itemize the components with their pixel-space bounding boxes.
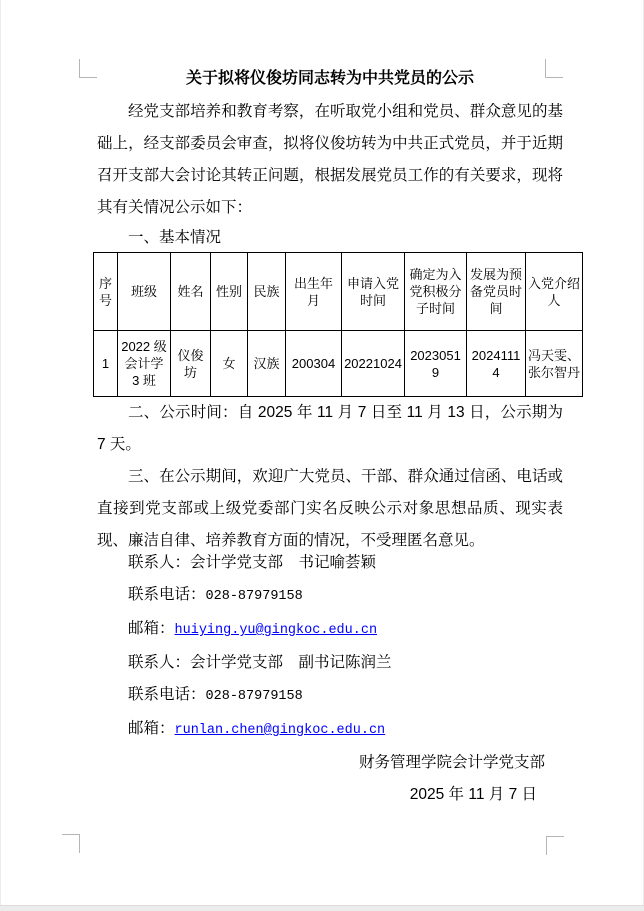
contact-2-person: 联系人：会计学党支部 副书记陈润兰 (97, 647, 563, 679)
crop-mark-bottom-left (62, 834, 80, 853)
cell-apply-date: 20221024 (342, 331, 405, 397)
page-bottom-edge (0, 905, 644, 911)
col-header-birth: 出生年月 (286, 253, 342, 331)
table-row: 1 2022 级会计学 3 班 仪俊坊 女 汉族 200304 20221024… (94, 331, 583, 397)
table-header-row: 序号 班级 姓名 性别 民族 出生年月 申请入党时间 确定为入党积极分子时间 发… (94, 253, 583, 331)
contact-1-phone-number: 028-87979158 (206, 589, 303, 604)
contact-2-phone-number: 028-87979158 (206, 689, 303, 704)
contact-2-email-link[interactable]: runlan.chen@gingkoc.edu.cn (175, 723, 386, 738)
col-header-probationary-date: 发展为预备党员时间 (467, 253, 526, 331)
section-3-paragraph: 三、在公示期间，欢迎广大党员、干部、群众通过信函、电话或直接到党支部或上级党委部… (97, 461, 563, 557)
crop-mark-bottom-right (546, 836, 564, 855)
cell-index: 1 (94, 331, 118, 397)
col-header-apply-date: 申请入党时间 (342, 253, 405, 331)
col-header-introducer: 入党介绍人 (526, 253, 583, 331)
contact-1-phone-label: 联系电话： (128, 586, 206, 603)
basic-info-table: 序号 班级 姓名 性别 民族 出生年月 申请入党时间 确定为入党积极分子时间 发… (93, 252, 583, 397)
contact-1-person: 联系人：会计学党支部 书记喻荟颖 (97, 547, 563, 579)
contact-2-email-line: 邮箱：runlan.chen@gingkoc.edu.cn (97, 713, 563, 747)
document-page: 关于拟将仪俊坊同志转为中共党员的公示 经党支部培养和教育考察，在听取党小组和党员… (0, 0, 644, 911)
cell-probationary-date: 20241114 (467, 331, 526, 397)
contact-block: 联系人：会计学党支部 书记喻荟颖 联系电话：028-87979158 邮箱：hu… (97, 547, 563, 747)
contact-1-email-line: 邮箱：huiying.yu@gingkoc.edu.cn (97, 613, 563, 647)
contact-2-email-label: 邮箱： (128, 720, 175, 737)
signature: 财务管理学院会计学党支部 (97, 747, 563, 779)
cell-ethnicity: 汉族 (248, 331, 286, 397)
intro-paragraph: 经党支部培养和教育考察，在听取党小组和党员、群众意见的基础上，经支部委员会审查，… (97, 96, 563, 224)
contact-2-phone-line: 联系电话：028-87979158 (97, 679, 563, 713)
cell-name: 仪俊坊 (171, 331, 211, 397)
col-header-gender: 性别 (211, 253, 248, 331)
contact-1-phone-line: 联系电话：028-87979158 (97, 579, 563, 613)
cell-activist-date: 20230519 (405, 331, 467, 397)
col-header-class: 班级 (118, 253, 171, 331)
cell-class: 2022 级会计学 3 班 (118, 331, 171, 397)
cell-birth: 200304 (286, 331, 342, 397)
section-2-paragraph: 二、公示时间：自 2025 年 11 月 7 日至 11 月 13 日，公示期为… (97, 397, 563, 461)
col-header-name: 姓名 (171, 253, 211, 331)
crop-mark-top-left (79, 59, 97, 78)
date: 2025 年 11 月 7 日 (97, 779, 563, 811)
contact-2-phone-label: 联系电话： (128, 686, 206, 703)
contact-1-email-link[interactable]: huiying.yu@gingkoc.edu.cn (175, 623, 378, 638)
col-header-activist-date: 确定为入党积极分子时间 (405, 253, 467, 331)
cell-introducer: 冯天雯、张尔智丹 (526, 331, 583, 397)
col-header-ethnicity: 民族 (248, 253, 286, 331)
document-title: 关于拟将仪俊坊同志转为中共党员的公示 (97, 64, 563, 94)
cell-gender: 女 (211, 331, 248, 397)
contact-1-email-label: 邮箱： (128, 620, 175, 637)
section-1-heading: 一、基本情况 (97, 224, 563, 252)
document-content: 关于拟将仪俊坊同志转为中共党员的公示 经党支部培养和教育考察，在听取党小组和党员… (97, 64, 563, 811)
col-header-index: 序号 (94, 253, 118, 331)
